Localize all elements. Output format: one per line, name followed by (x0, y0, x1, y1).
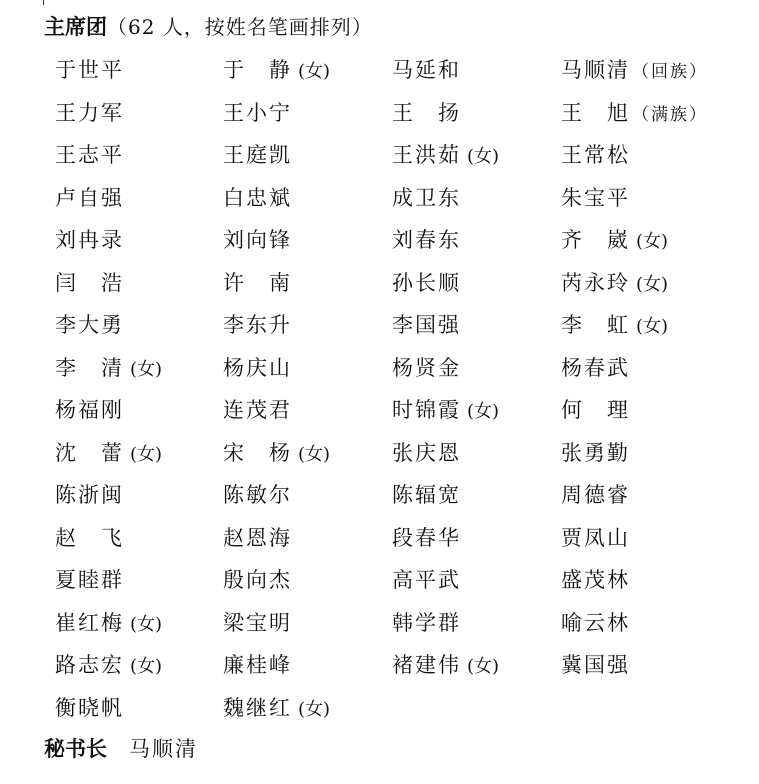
member-entry: 朱宝平 (561, 177, 751, 220)
member-entry: 李 清(女) (55, 347, 223, 390)
member-gender-note: (女) (636, 274, 668, 295)
member-name: 沈 蕾 (55, 441, 124, 465)
member-name: 白忠斌 (223, 186, 292, 210)
member-gender-note: (女) (130, 444, 162, 465)
member-entry: 周德睿 (561, 474, 751, 517)
member-name: 褚建伟 (392, 653, 461, 677)
member-name: 周德睿 (561, 483, 630, 507)
member-name: 刘向锋 (223, 228, 292, 252)
member-entry: 齐 崴(女) (561, 219, 751, 262)
member-name: 高平武 (392, 568, 461, 592)
member-gender-note: (女) (467, 401, 499, 422)
member-name: 芮永玲 (561, 271, 630, 295)
member-name: 王庭凯 (223, 143, 292, 167)
member-name: 卢自强 (55, 186, 124, 210)
member-ethnicity-note: （回族） (632, 62, 708, 82)
member-name: 于世平 (55, 58, 124, 82)
member-name: 王力军 (55, 101, 124, 125)
member-name: 李大勇 (55, 313, 124, 337)
member-name: 马顺清 (561, 58, 630, 82)
member-entry: 王 旭（满族） (561, 92, 751, 135)
member-entry: 于世平 (55, 49, 223, 92)
member-gender-note: (女) (636, 231, 668, 252)
member-entry: 崔红梅(女) (55, 602, 223, 645)
member-name: 李东升 (223, 313, 292, 337)
member-name: 连茂君 (223, 398, 292, 422)
member-entry: 李 虹(女) (561, 304, 751, 347)
member-entry: 张勇勤 (561, 432, 751, 475)
member-gender-note: (女) (298, 699, 330, 720)
member-name: 刘春东 (392, 228, 461, 252)
secretary-general-name: 马顺清 (129, 737, 198, 761)
member-entry: 盛茂林 (561, 559, 751, 602)
member-name: 成卫东 (392, 186, 461, 210)
member-name: 王常松 (561, 143, 630, 167)
member-name: 殷向杰 (223, 568, 292, 592)
member-name: 闫 浩 (55, 271, 124, 295)
presidium-heading: 主席团（62 人，按姓名笔画排列） (44, 12, 373, 42)
member-name: 王 旭 (561, 101, 630, 125)
member-entry: 夏睦群 (55, 559, 223, 602)
member-entry: 王庭凯 (223, 134, 392, 177)
member-entry: 赵恩海 (223, 517, 392, 560)
member-name: 孙长顺 (392, 271, 461, 295)
member-name: 赵恩海 (223, 526, 292, 550)
member-entry: 何 理 (561, 389, 751, 432)
presidium-title: 主席团 (44, 15, 107, 39)
member-entry: 段春华 (392, 517, 561, 560)
member-entry: 杨福刚 (55, 389, 223, 432)
presidium-count-note: （62 人，按姓名笔画排列） (107, 15, 373, 39)
member-entry: 冀国强 (561, 644, 751, 687)
member-entry: 梁宝明 (223, 602, 392, 645)
secretary-general-label: 秘书长 (44, 737, 107, 761)
member-entry: 张庆恩 (392, 432, 561, 475)
member-name: 魏继红 (223, 696, 292, 720)
member-entry: 成卫东 (392, 177, 561, 220)
member-entry: 褚建伟(女) (392, 644, 561, 687)
member-entry: 高平武 (392, 559, 561, 602)
member-entry: 王常松 (561, 134, 751, 177)
member-entry: 沈 蕾(女) (55, 432, 223, 475)
member-name: 张勇勤 (561, 441, 630, 465)
member-name: 路志宏 (55, 653, 124, 677)
member-list: 于世平于 静(女)马延和马顺清（回族）王力军王小宁王 扬王 旭（满族）王志平王庭… (55, 49, 755, 729)
member-name: 时锦霞 (392, 398, 461, 422)
member-gender-note: (女) (467, 146, 499, 167)
member-entry: 赵 飞 (55, 517, 223, 560)
member-entry: 杨庆山 (223, 347, 392, 390)
member-entry: 杨贤金 (392, 347, 561, 390)
member-entry: 孙长顺 (392, 262, 561, 305)
member-name: 齐 崴 (561, 228, 630, 252)
member-name: 张庆恩 (392, 441, 461, 465)
member-name: 刘冉录 (55, 228, 124, 252)
member-name: 陈敏尔 (223, 483, 292, 507)
member-name: 李 虹 (561, 313, 630, 337)
member-name: 陈浙闽 (55, 483, 124, 507)
member-name: 王志平 (55, 143, 124, 167)
member-entry: 李国强 (392, 304, 561, 347)
member-entry: 卢自强 (55, 177, 223, 220)
member-name: 于 静 (223, 58, 292, 82)
member-name: 贾凤山 (561, 526, 630, 550)
member-name: 韩学群 (392, 611, 461, 635)
member-name: 马延和 (392, 58, 461, 82)
member-entry: 贾凤山 (561, 517, 751, 560)
member-entry: 刘冉录 (55, 219, 223, 262)
member-name: 杨贤金 (392, 356, 461, 380)
member-name: 冀国强 (561, 653, 630, 677)
member-name: 杨福刚 (55, 398, 124, 422)
member-entry: 白忠斌 (223, 177, 392, 220)
member-entry: 连茂君 (223, 389, 392, 432)
member-entry: 芮永玲(女) (561, 262, 751, 305)
member-entry: 于 静(女) (223, 49, 392, 92)
member-name: 陈辐宽 (392, 483, 461, 507)
member-entry: 路志宏(女) (55, 644, 223, 687)
member-entry: 陈辐宽 (392, 474, 561, 517)
member-name: 朱宝平 (561, 186, 630, 210)
member-gender-note: (女) (130, 656, 162, 677)
member-name: 王洪茹 (392, 143, 461, 167)
member-gender-note: (女) (130, 614, 162, 635)
member-entry: 宋 杨(女) (223, 432, 392, 475)
member-entry: 李东升 (223, 304, 392, 347)
member-name: 崔红梅 (55, 611, 124, 635)
member-entry: 刘春东 (392, 219, 561, 262)
member-entry: 魏继红(女) (223, 687, 392, 730)
member-entry: 衡晓帆 (55, 687, 223, 730)
member-entry: 廉桂峰 (223, 644, 392, 687)
member-entry: 闫 浩 (55, 262, 223, 305)
member-entry: 王志平 (55, 134, 223, 177)
member-entry: 许 南 (223, 262, 392, 305)
member-name: 李国强 (392, 313, 461, 337)
member-entry: 时锦霞(女) (392, 389, 561, 432)
member-entry: 李大勇 (55, 304, 223, 347)
member-name: 王 扬 (392, 101, 461, 125)
member-name: 许 南 (223, 271, 292, 295)
member-entry: 殷向杰 (223, 559, 392, 602)
member-name: 盛茂林 (561, 568, 630, 592)
member-gender-note: (女) (130, 359, 162, 380)
member-entry: 陈敏尔 (223, 474, 392, 517)
member-name: 夏睦群 (55, 568, 124, 592)
member-name: 李 清 (55, 356, 124, 380)
member-name: 梁宝明 (223, 611, 292, 635)
member-entry: 杨春武 (561, 347, 751, 390)
member-entry: 王小宁 (223, 92, 392, 135)
member-name: 段春华 (392, 526, 461, 550)
member-name: 赵 飞 (55, 526, 124, 550)
member-gender-note: (女) (298, 444, 330, 465)
member-name: 杨春武 (561, 356, 630, 380)
member-entry: 王 扬 (392, 92, 561, 135)
text-cursor-mark (43, 0, 44, 5)
member-name: 王小宁 (223, 101, 292, 125)
member-entry: 刘向锋 (223, 219, 392, 262)
member-entry: 陈浙闽 (55, 474, 223, 517)
member-entry: 马延和 (392, 49, 561, 92)
member-entry: 王洪茹(女) (392, 134, 561, 177)
member-gender-note: (女) (298, 61, 330, 82)
member-name: 廉桂峰 (223, 653, 292, 677)
member-name: 喻云林 (561, 611, 630, 635)
member-name: 何 理 (561, 398, 630, 422)
member-ethnicity-note: （满族） (632, 105, 708, 125)
member-name: 宋 杨 (223, 441, 292, 465)
member-entry: 马顺清（回族） (561, 49, 751, 92)
member-entry: 王力军 (55, 92, 223, 135)
member-gender-note: (女) (636, 316, 668, 337)
member-entry: 韩学群 (392, 602, 561, 645)
secretary-general-line: 秘书长马顺清 (44, 733, 198, 765)
member-name: 杨庆山 (223, 356, 292, 380)
member-name: 衡晓帆 (55, 696, 124, 720)
member-gender-note: (女) (467, 656, 499, 677)
member-entry: 喻云林 (561, 602, 751, 645)
